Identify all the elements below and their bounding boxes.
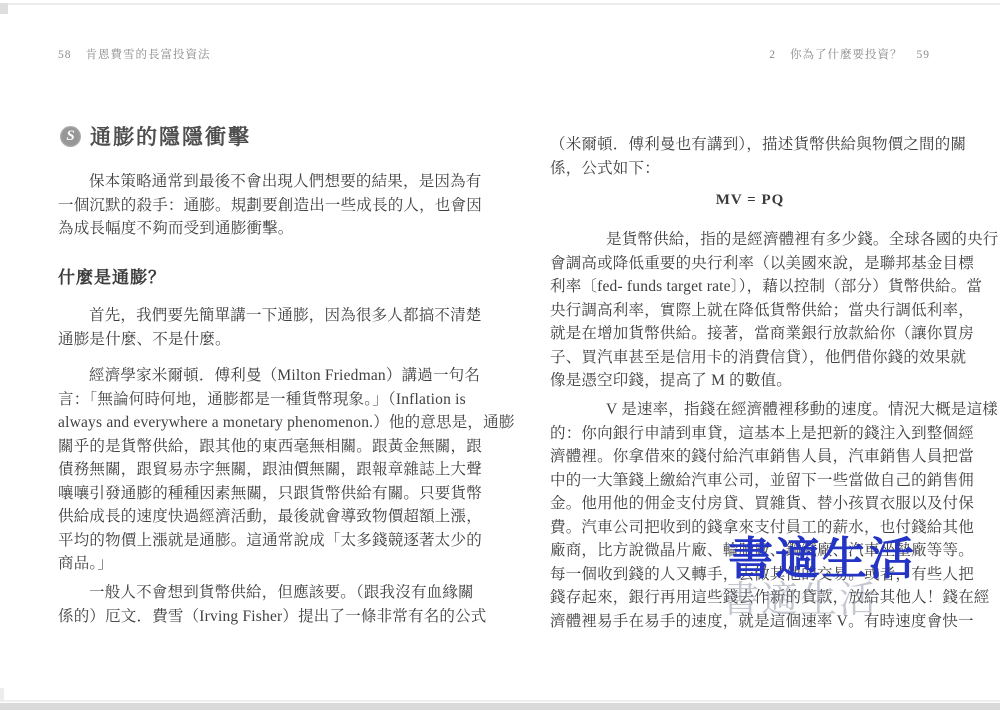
watermark-gray: 書適生活	[722, 569, 878, 623]
paragraph-first-explain: 首先，我們要先簡單講一下通膨，因為很多人都搞不清楚通膨是什麼、不是什麼。	[58, 304, 472, 351]
paragraph-friedman-quote: 經濟學家米爾頓．傅利曼（Milton Friedman）講過一句名言：「無論何時…	[58, 364, 472, 576]
text-line: 商品。」	[58, 552, 472, 576]
text-line: 首先，我們要先簡單講一下通膨，因為很多人都搞不清楚	[58, 304, 472, 328]
chapter-title: 你為了什麼要投資？	[790, 49, 903, 61]
book-scan-spread: 58肯恩費雪的長富投資法 S 通膨的隱隱衝擊 保本策略通常到最後不會出現人們想要…	[0, 0, 1000, 710]
text-line: 金。他用他的佣金支付房貸、買雜貨、替小孩買衣服以及付保	[550, 492, 950, 516]
text-line: 一般人不會想到貨幣供給，但應該要。（跟我沒有血緣關	[58, 581, 472, 605]
text-line: 係的）厄文．費雪（Irving Fisher）提出了一條非常有名的公式	[58, 605, 472, 629]
text-line: always and everywhere a monetary phenome…	[58, 411, 472, 435]
text-line: V 是速率，指錢在經濟體裡移動的速度。情況大概是這樣	[550, 398, 950, 422]
text-line: 像是憑空印錢，提高了 M 的數值。	[550, 369, 950, 393]
text-line: 言：「無論何時何地，通膨都是一種貨幣現象。」（Inflation is	[58, 388, 472, 412]
scan-bottom-edge-band	[0, 703, 1000, 710]
paragraph-irving-fisher: 一般人不會想到貨幣供給，但應該要。（跟我沒有血緣關係的）厄文．費雪（Irving…	[58, 581, 472, 628]
left-running-header: 58肯恩費雪的長富投資法	[58, 46, 211, 62]
text-line: 經濟學家米爾頓．傅利曼（Milton Friedman）講過一句名	[58, 364, 472, 388]
section-title: 通膨的隱隱衝擊	[90, 121, 251, 151]
right-running-header: 2你為了什麼要投資？59	[769, 46, 930, 62]
equation-mv-pq: MV = PQ	[550, 192, 950, 216]
text-line: 通膨是什麼、不是什麼。	[58, 328, 472, 352]
text-line: 嚷嚷引發通膨的種種因素無關，只跟貨幣供給有關。只要貨幣	[58, 482, 472, 506]
text-line: 就是在增加貨幣供給。接著，當商業銀行放款給你（讓你買房	[550, 322, 950, 346]
paragraph-money-supply: 是貨幣供給，指的是經濟體裡有多少錢。全球各國的央行會調高或降低重要的央行利率（以…	[550, 228, 950, 393]
section-title-row: S 通膨的隱隱衝擊	[60, 121, 251, 151]
coin-s-icon: S	[60, 126, 81, 147]
text-line: 中的一大筆錢上繳給汽車公司，並留下一些當做自己的銷售佣	[550, 469, 950, 493]
text-line: 為成長幅度不夠而受到通膨衝擊。	[58, 217, 472, 241]
subheading-what-is-inflation: 什麼是通膨？	[58, 263, 166, 288]
scan-top-edge-line	[0, 3, 1000, 5]
paragraph-inflation-intro: 保本策略通常到最後不會出現人們想要的結果，是因為有一個沉默的殺手：通膨。規劃要創…	[58, 170, 472, 241]
text-line: 利率〔fed- funds target rate〕），藉以控制（部分）貨幣供給…	[550, 275, 950, 299]
scan-top-left-notch	[0, 3, 8, 14]
text-line: （米爾頓．傅利曼也有講到），描述貨幣供給與物價之間的關	[550, 133, 950, 157]
text-line: 平均的物價上漲就是通膨。這通常說成「太多錢競逐著太少的	[58, 529, 472, 553]
text-line: 是貨幣供給，指的是經濟體裡有多少錢。全球各國的央行	[550, 228, 950, 252]
text-line: 債務無關，跟貿易赤字無關，跟油價無關，跟報章雜誌上大聲	[58, 458, 472, 482]
text-line: 子、買汽車甚至是信用卡的消費信貸），他們借你錢的效果就	[550, 346, 950, 370]
book-title: 肯恩費雪的長富投資法	[86, 49, 211, 61]
scan-bottom-faint-line	[0, 700, 1000, 702]
paragraph-formula-intro: （米爾頓．傅利曼也有講到），描述貨幣供給與物價之間的關係，公式如下：	[550, 133, 950, 180]
text-line: 關乎的是貨幣供給，跟其他的東西毫無相關。跟黃金無關，跟	[58, 435, 472, 459]
text-line: 一個沉默的殺手：通膨。規劃要創造出一些成長的人，也會因	[58, 194, 472, 218]
text-line: 保本策略通常到最後不會出現人們想要的結果，是因為有	[58, 170, 472, 194]
text-line: 的：你向銀行申請到車貸，這基本上是把新的錢注入到整個經	[550, 422, 950, 446]
text-line: 會調高或降低重要的央行利率（以美國來說，是聯邦基金目標	[550, 252, 950, 276]
chapter-number: 2	[769, 49, 776, 61]
text-line: 央行調高利率，實際上就在降低貨幣供給；當央行調低利率，	[550, 299, 950, 323]
text-line: 係，公式如下：	[550, 157, 950, 181]
left-page-number: 58	[58, 49, 72, 61]
text-line: 供給成長的速度快過經濟活動，最後就會導致物價超額上漲，	[58, 505, 472, 529]
text-line: 濟體裡。你拿借來的錢付給汽車銷售人員，汽車銷售人員把當	[550, 445, 950, 469]
scan-bottom-left-notch	[0, 688, 4, 701]
right-page-number: 59	[917, 49, 931, 61]
